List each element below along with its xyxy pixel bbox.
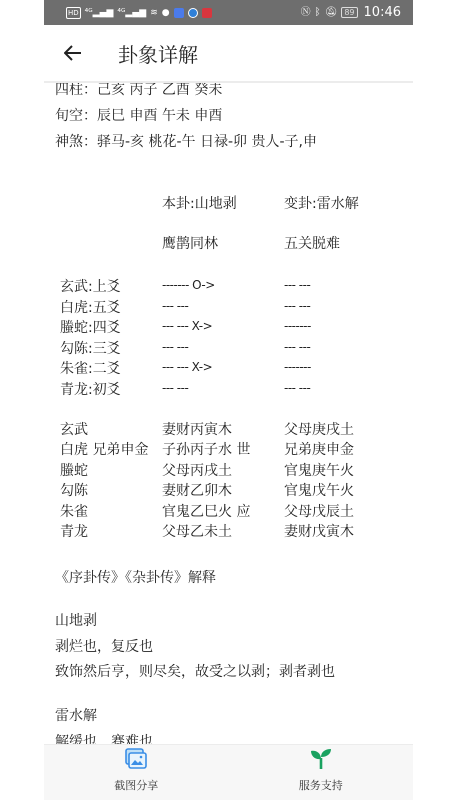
yao-label: 白虎:五爻: [60, 297, 121, 317]
liuqin-ben: 妻财丙寅木: [162, 419, 232, 439]
liuqin-ben: 父母丙戌土: [162, 460, 232, 480]
phone-screen: HD ⁴ᴳ▂▄▆ ⁴ᴳ▂▄▆ ≋ ● Ⓝ ᛒ 🔕︎ 89 10:46 卦象详解 …: [44, 0, 413, 800]
yao-label: 玄武:上爻: [60, 276, 121, 296]
mute-icon: 🔕︎: [325, 8, 338, 18]
ben-gua-line2: 致饰然后亨，则尽矣，故受之以剥；剥者剥也: [55, 661, 335, 681]
yao-ben: --- ---: [162, 299, 188, 313]
liuqin-bian: 妻财戊寅木: [284, 521, 354, 541]
status-bar: HD ⁴ᴳ▂▄▆ ⁴ᴳ▂▄▆ ≋ ● Ⓝ ᛒ 🔕︎ 89 10:46: [44, 0, 413, 25]
yao-bian: --- ---: [284, 381, 310, 395]
app-icon-red: [202, 8, 212, 18]
status-right-icons: Ⓝ ᛒ 🔕︎ 89 10:46: [301, 5, 401, 20]
gua-detail-content[interactable]: 四柱：己亥 丙子 乙酉 癸未 旬空：辰巳 申酉 午未 申酉 神煞：驿马-亥 桃花…: [44, 83, 413, 744]
ben-gua-line1: 剥烂也，复反也: [55, 636, 153, 656]
yao-ben: --- ---: [162, 340, 188, 354]
xunkong-text: 旬空：辰巳 申酉 午未 申酉: [55, 105, 222, 125]
liuqin-shen: 青龙: [60, 521, 88, 541]
liuqin-bian: 官鬼庚午火: [284, 460, 354, 480]
yao-bian: --- ---: [284, 340, 310, 354]
hd-icon: HD: [66, 7, 81, 19]
signal-icon-2: ⁴ᴳ▂▄▆: [117, 8, 146, 18]
liuqin-shen: 玄武: [60, 419, 88, 439]
yao-ben: ------- O->: [162, 278, 215, 292]
yao-label: 螣蛇:四爻: [60, 317, 121, 337]
image-share-icon: [124, 747, 148, 771]
liuqin-ben: 妻财乙卯木: [162, 480, 232, 500]
yao-bian: --- ---: [284, 278, 310, 292]
signal-icon: ⁴ᴳ▂▄▆: [85, 8, 114, 18]
sizhu-text: 四柱：己亥 丙子 乙酉 癸未: [55, 83, 222, 99]
yao-label: 勾陈:三爻: [60, 338, 121, 358]
page-title: 卦象详解: [118, 39, 198, 68]
ben-gua-desc: 鹰鹊同林: [162, 233, 218, 253]
yao-label: 朱雀:二爻: [60, 358, 121, 378]
bottom-nav: 截图分享 服务支持: [44, 744, 413, 800]
liuqin-ben: 子孙丙子水 世: [162, 439, 250, 459]
liuqin-ben: 官鬼乙巳火 应: [162, 501, 250, 521]
yao-ben: --- --- X->: [162, 319, 212, 333]
ben-gua-title: 本卦:山地剥: [162, 193, 237, 213]
app-icon-blue: [174, 8, 184, 18]
bluetooth-icon: ᛒ: [315, 8, 321, 18]
yao-bian: --- ---: [284, 299, 310, 313]
app-header: 卦象详解: [44, 25, 413, 83]
explanation-heading: 《序卦传》《杂卦传》解释: [55, 567, 216, 587]
wechat-icon: ●: [162, 8, 170, 18]
service-support-button[interactable]: 服务支持: [229, 745, 414, 800]
shensha-text: 神煞：驿马-亥 桃花-午 日禄-卯 贵人-子,申: [55, 131, 317, 151]
yao-ben: --- --- X->: [162, 360, 212, 374]
screenshot-share-button[interactable]: 截图分享: [44, 745, 229, 800]
yao-bian: -------: [284, 360, 311, 374]
support-label: 服务支持: [299, 777, 343, 793]
liuqin-shen: 螣蛇: [60, 460, 88, 480]
liuqin-bian: 父母戊辰土: [284, 501, 354, 521]
bian-gua-title: 变卦:雷水解: [284, 193, 359, 213]
battery-icon: 89: [341, 7, 357, 18]
liuqin-bian: 兄弟庚申金: [284, 439, 354, 459]
back-button[interactable]: [62, 42, 84, 64]
nfc-icon: Ⓝ: [301, 8, 311, 18]
liuqin-shen: 勾陈: [60, 480, 88, 500]
liuqin-bian: 官鬼戊午火: [284, 480, 354, 500]
sprout-icon: [309, 747, 333, 771]
arrow-left-icon: [64, 45, 82, 61]
app-icon-browser: [188, 8, 198, 18]
status-left-icons: HD ⁴ᴳ▂▄▆ ⁴ᴳ▂▄▆ ≋ ●: [66, 7, 212, 19]
share-label: 截图分享: [114, 777, 158, 793]
ben-gua-name: 山地剥: [55, 610, 97, 630]
liuqin-bian: 父母庚戌土: [284, 419, 354, 439]
yao-ben: --- ---: [162, 381, 188, 395]
clock: 10:46: [364, 5, 401, 20]
wifi-icon: ≋: [150, 8, 158, 18]
bian-gua-desc: 五关脱难: [284, 233, 340, 253]
liuqin-shen: 朱雀: [60, 501, 88, 521]
bian-gua-line1: 解缓也，蹇难也: [55, 731, 153, 744]
liuqin-shen: 白虎 兄弟申金: [60, 439, 148, 459]
yao-label: 青龙:初爻: [60, 379, 121, 399]
yao-bian: -------: [284, 319, 311, 333]
bian-gua-name: 雷水解: [55, 705, 97, 725]
liuqin-ben: 父母乙未土: [162, 521, 232, 541]
